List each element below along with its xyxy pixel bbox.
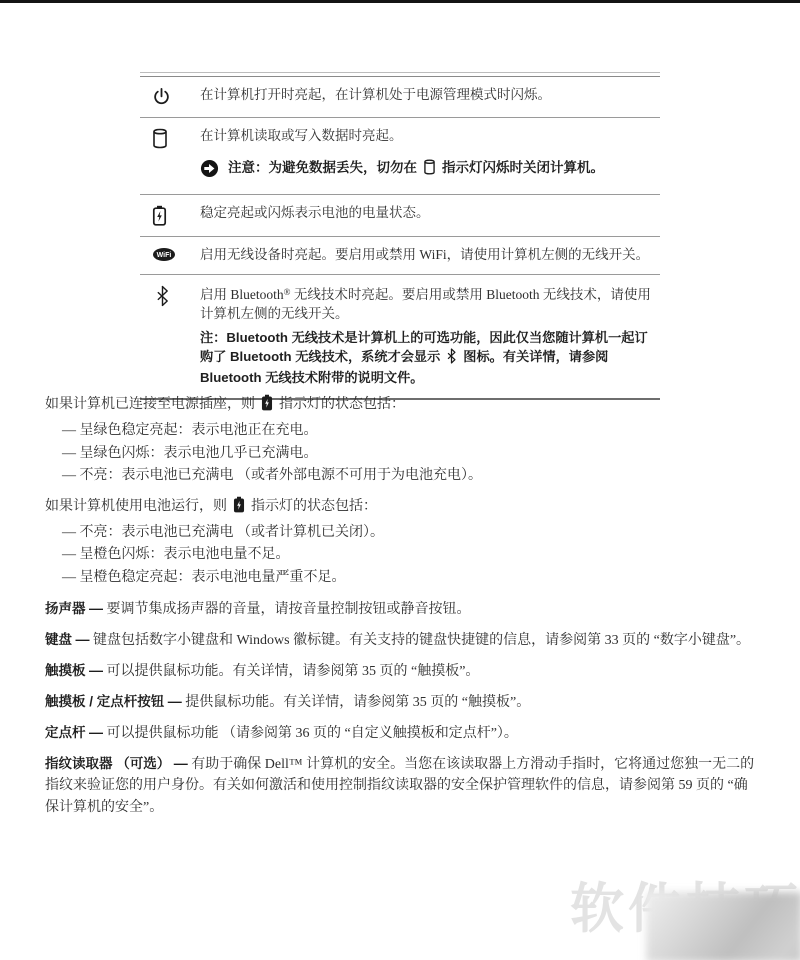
feature-term: 扬声器 (45, 601, 86, 616)
body-text: 如果计算机已连接至电源插座，则指示灯的状态包括： — 呈绿色稳定亮起：表示电池正… (45, 386, 759, 818)
table-row-bluetooth: 启用 Bluetooth® 无线技术时亮起。要启用或禁用 Bluetooth 无… (140, 274, 660, 398)
notice-arrow-icon (200, 159, 219, 184)
feature-text: 提供鼠标功能。有关详情，请参阅第 35 页的 “触摸板”。 (185, 695, 530, 710)
table-row-hard-drive: 在计算机读取或写入数据时亮起。 注意：为避免数据丢失，切勿在指示灯闪烁时关闭计算… (140, 117, 660, 194)
indicator-table-body: 在计算机打开时亮起，在计算机处于电源管理模式时闪烁。 在计算机读取或写入数据时亮… (140, 76, 660, 400)
bluetooth-icon (446, 348, 457, 370)
table-row-power: 在计算机打开时亮起，在计算机处于电源管理模式时闪烁。 (140, 77, 660, 117)
note-block: 注：Bluetooth 无线技术是计算机上的可选功能，因此仅当您随计算机一起订购… (200, 329, 656, 388)
battery-status-battery-lead: 如果计算机使用电池运行，则指示灯的状态包括： (45, 496, 759, 520)
notice-label: 注意： (228, 160, 269, 175)
battery-status-battery-list: — 不亮：表示电池已充满电 （或者计算机已关闭）。 — 呈橙色闪烁：表示电池电量… (45, 522, 759, 590)
feature-fingerprint-reader: 指纹读取器 （可选） — 有助于确保 Dell™ 计算机的安全。当您在该读取器上… (45, 753, 759, 819)
status-item: — 呈橙色闪烁：表示电池电量不足。 (45, 544, 759, 567)
scan-artifact (646, 892, 800, 960)
row-description: 在计算机打开时亮起，在计算机处于电源管理模式时闪烁。 (200, 85, 660, 107)
feature-touchpad: 触摸板 — 可以提供鼠标功能。有关详情，请参阅第 35 页的 “触摸板”。 (45, 660, 759, 683)
svg-text:WiFi: WiFi (157, 252, 172, 259)
feature-text: 要调节集成扬声器的音量，请按音量控制按钮或静音按钮。 (107, 602, 471, 617)
feature-term: 定点杆 (45, 725, 86, 740)
status-item: — 呈绿色稳定亮起：表示电池正在充电。 (45, 420, 759, 443)
feature-term: 触摸板 / 定点杆按钮 (45, 694, 164, 709)
indicator-table: 在计算机打开时亮起，在计算机处于电源管理模式时闪烁。 在计算机读取或写入数据时亮… (140, 72, 660, 400)
notice-text-after: 指示灯闪烁时关闭计算机。 (442, 160, 604, 175)
bluetooth-icon (140, 283, 200, 388)
battery-status-ac-list: — 呈绿色稳定亮起：表示电池正在充电。 — 呈绿色闪烁：表示电池几乎已充满电。 … (45, 420, 759, 488)
status-item: — 呈绿色闪烁：表示电池几乎已充满电。 (45, 443, 759, 466)
feature-list: 扬声器 — 要调节集成扬声器的音量，请按音量控制按钮或静音按钮。 键盘 — 键盘… (45, 598, 759, 819)
feature-touchpad-trackstick-buttons: 触摸板 / 定点杆按钮 — 提供鼠标功能。有关详情，请参阅第 35 页的 “触摸… (45, 691, 759, 714)
wifi-icon: WiFi (140, 245, 200, 264)
feature-term: 触摸板 (45, 663, 86, 678)
manual-page: 在计算机打开时亮起，在计算机处于电源管理模式时闪烁。 在计算机读取或写入数据时亮… (0, 0, 800, 960)
table-row-battery: 稳定亮起或闪烁表示电池的电量状态。 (140, 194, 660, 236)
row-description: 启用无线设备时亮起。要启用或禁用 WiFi，请使用计算机左侧的无线开关。 (200, 245, 660, 264)
status-item: — 呈橙色稳定亮起：表示电池电量严重不足。 (45, 567, 759, 590)
feature-text: 键盘包括数字小键盘和 Windows 徽标键。有关支持的键盘快捷键的信息，请参阅… (93, 633, 750, 648)
feature-term: 键盘 (45, 632, 72, 647)
notice-text-before: 为避免数据丢失，切勿在 (269, 160, 418, 175)
notice-block: 注意：为避免数据丢失，切勿在指示灯闪烁时关闭计算机。 (200, 157, 656, 184)
row-description: 稳定亮起或闪烁表示电池的电量状态。 (200, 203, 660, 226)
row-description: 启用 Bluetooth® 无线技术时亮起。要启用或禁用 Bluetooth 无… (200, 283, 656, 323)
note-label: 注： (200, 330, 226, 345)
feature-trackstick: 定点杆 — 可以提供鼠标功能 （请参阅第 36 页的 “自定义触摸板和定点杆”）… (45, 722, 759, 745)
feature-text: 可以提供鼠标功能 （请参阅第 36 页的 “自定义触摸板和定点杆”）。 (107, 726, 518, 741)
status-item: — 不亮：表示电池已充满电 （或者计算机已关闭）。 (45, 522, 759, 545)
row-description: 在计算机读取或写入数据时亮起。 (200, 126, 656, 145)
status-item: — 不亮：表示电池已充满电 （或者外部电源不可用于为电池充电）。 (45, 465, 759, 488)
feature-keyboard: 键盘 — 键盘包括数字小键盘和 Windows 徽标键。有关支持的键盘快捷键的信… (45, 629, 759, 652)
hard-drive-icon (140, 126, 200, 184)
feature-term: 指纹读取器 （可选） (45, 756, 170, 771)
top-border-line (0, 0, 800, 3)
table-row-wifi: WiFi 启用无线设备时亮起。要启用或禁用 WiFi，请使用计算机左侧的无线开关… (140, 236, 660, 274)
battery-status-ac-lead: 如果计算机已连接至电源插座，则指示灯的状态包括： (45, 394, 759, 418)
battery-icon (233, 496, 245, 520)
battery-icon (140, 203, 200, 226)
feature-speakers: 扬声器 — 要调节集成扬声器的音量，请按音量控制按钮或静音按钮。 (45, 598, 759, 621)
battery-icon (261, 394, 273, 418)
power-icon (140, 85, 200, 107)
feature-text: 可以提供鼠标功能。有关详情，请参阅第 35 页的 “触摸板”。 (107, 664, 480, 679)
hard-drive-icon (423, 159, 436, 181)
